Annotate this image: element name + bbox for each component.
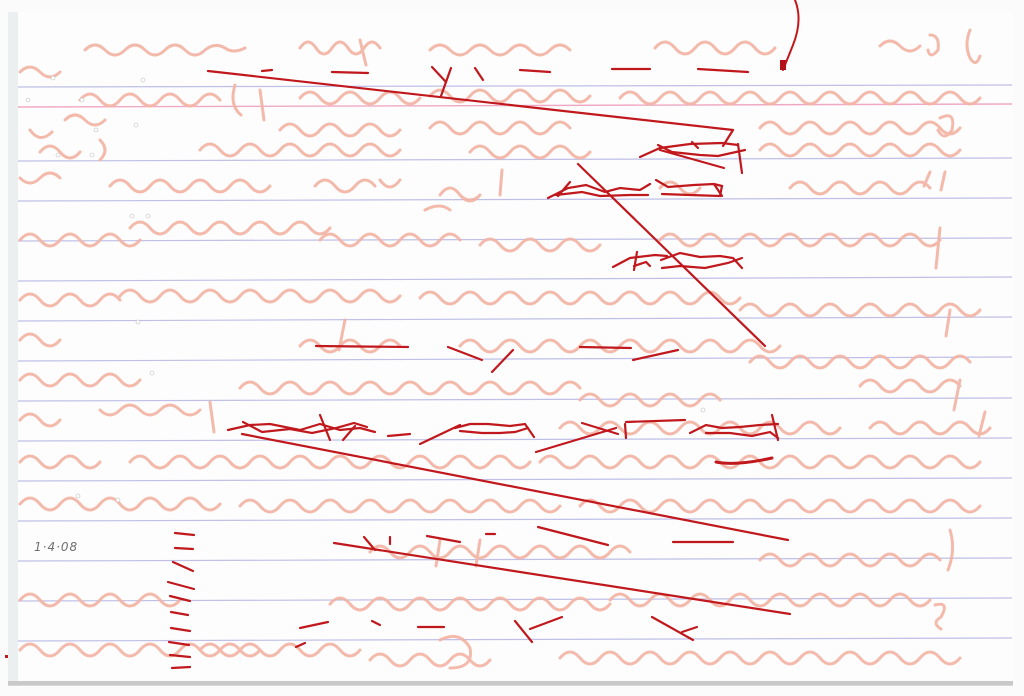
needle-holes xyxy=(0,0,1024,696)
